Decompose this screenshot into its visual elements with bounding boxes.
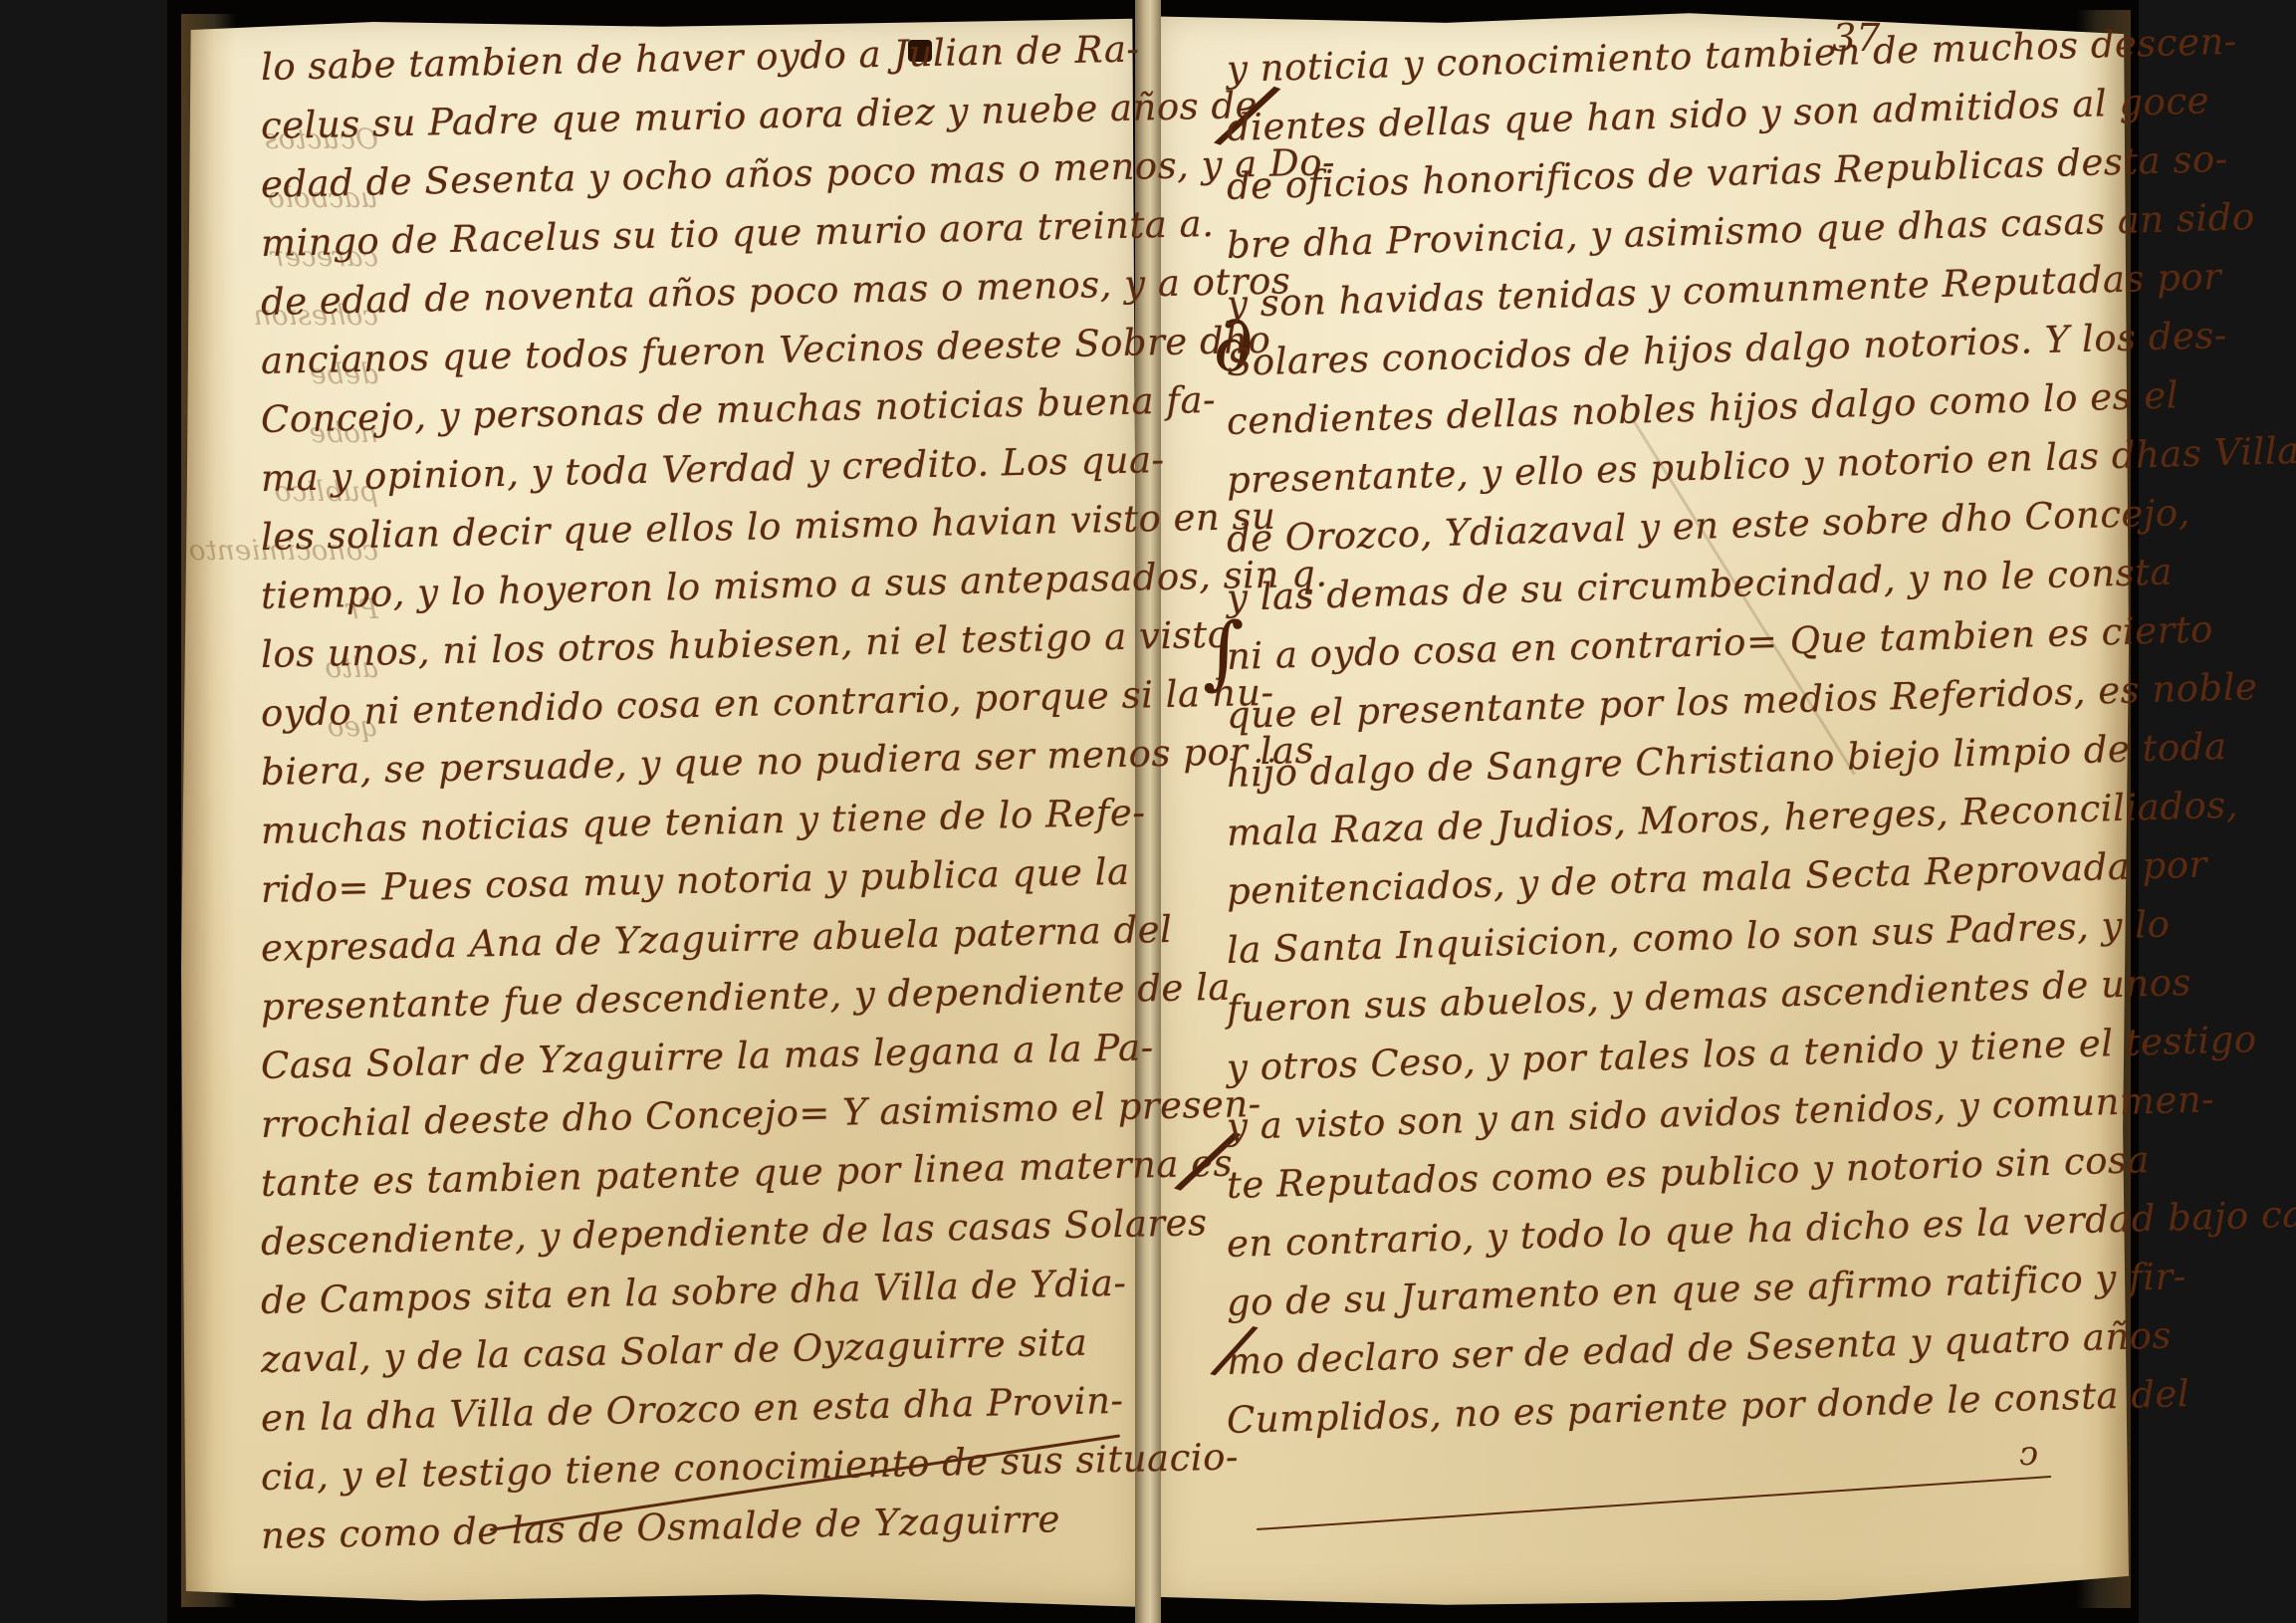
end-flourish-icon: ↄ [2019,1434,2038,1474]
right-page-text: y noticia y conocimiento tambien de much… [1227,40,2083,1450]
book-scan-stage: Ocuctos uacbolo carecer cohesion debe no… [0,0,2296,1623]
left-page-text: lo sabe tambien de haver oydo a Julian d… [261,38,1137,1565]
